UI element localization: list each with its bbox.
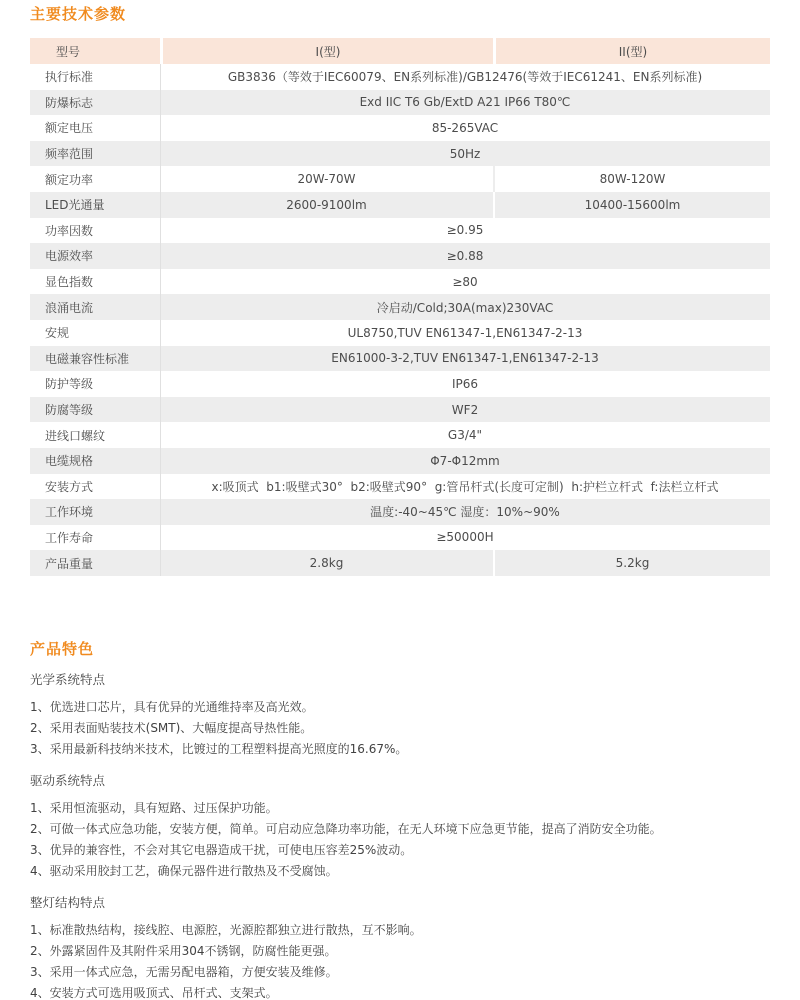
- spec-table: 型号 I(型) II(型) 执行标准GB3836（等效于IEC60079、EN系…: [30, 38, 770, 576]
- spec-row: 安装方式x:吸顶式 b1:吸壁式30° b2:吸壁式90° g:管吊杆式(长度可…: [30, 474, 770, 500]
- spec-row-value: IP66: [160, 371, 770, 397]
- feature-item: 3、优异的兼容性，不会对其它电器造成干扰，可使电压容差25%波动。: [30, 840, 770, 861]
- spec-row-label: 电磁兼容性标准: [30, 346, 160, 372]
- spec-row-label: 工作环境: [30, 499, 160, 525]
- spec-row: LED光通量2600-9100lm10400-15600lm: [30, 192, 770, 218]
- spec-row-label: 浪涌电流: [30, 294, 160, 320]
- spec-row-label: 额定功率: [30, 166, 160, 192]
- feature-item-list: 1、采用恒流驱动，具有短路、过压保护功能。2、可做一体式应急功能，安装方便，简单…: [30, 798, 770, 882]
- spec-row-value-type2: 80W-120W: [493, 166, 770, 192]
- spec-row-label: 额定电压: [30, 115, 160, 141]
- spec-row-value: ≥0.88: [160, 243, 770, 269]
- spec-row-value: G3/4": [160, 422, 770, 448]
- feature-item: 1、标准散热结构，接线腔、电源腔，光源腔都独立进行散热，互不影响。: [30, 920, 770, 941]
- spec-row-value: x:吸顶式 b1:吸壁式30° b2:吸壁式90° g:管吊杆式(长度可定制) …: [160, 474, 770, 500]
- spec-row-label: 电缆规格: [30, 448, 160, 474]
- feature-item: 1、采用恒流驱动，具有短路、过压保护功能。: [30, 798, 770, 819]
- feature-item-list: 1、优选进口芯片，具有优异的光通维持率及高光效。2、采用表面贴装技术(SMT)、…: [30, 697, 770, 760]
- spec-row: 产品重量2.8kg5.2kg: [30, 550, 770, 576]
- spec-row: 功率因数≥0.95: [30, 218, 770, 244]
- spec-row-label: LED光通量: [30, 192, 160, 218]
- section-title-main-specs: 主要技术参数: [30, 5, 770, 24]
- spec-row-value: 温度:-40~45℃ 湿度：10%~90%: [160, 499, 770, 525]
- spec-row-label: 功率因数: [30, 218, 160, 244]
- spec-row-value-type1: 20W-70W: [160, 166, 493, 192]
- spec-row: 额定功率20W-70W80W-120W: [30, 166, 770, 192]
- feature-group: 光学系统特点1、优选进口芯片，具有优异的光通维持率及高光效。2、采用表面贴装技术…: [30, 672, 770, 760]
- spec-row-value-type2: 5.2kg: [493, 550, 770, 576]
- spec-row-value: ≥0.95: [160, 218, 770, 244]
- spec-row-label: 工作寿命: [30, 525, 160, 551]
- spec-row: 电缆规格Φ7-Φ12mm: [30, 448, 770, 474]
- spec-row-value-type1: 2600-9100lm: [160, 192, 493, 218]
- spec-row: 工作寿命≥50000H: [30, 525, 770, 551]
- feature-item: 1、优选进口芯片，具有优异的光通维持率及高光效。: [30, 697, 770, 718]
- label-column-divider: [160, 64, 161, 576]
- feature-group: 驱动系统特点1、采用恒流驱动，具有短路、过压保护功能。2、可做一体式应急功能，安…: [30, 773, 770, 882]
- spec-header-type2-label: II(型): [493, 38, 770, 64]
- feature-item: 3、采用最新科技纳米技术，比镀过的工程塑料提高光照度的16.67%。: [30, 739, 770, 760]
- spec-row: 防爆标志Exd IIC T6 Gb/ExtD A21 IP66 T80℃: [30, 90, 770, 116]
- spec-row: 防护等级IP66: [30, 371, 770, 397]
- spec-row-value-type2: 10400-15600lm: [493, 192, 770, 218]
- feature-group-subtitle: 光学系统特点: [30, 672, 770, 687]
- spec-row: 频率范围50Hz: [30, 141, 770, 167]
- feature-groups: 光学系统特点1、优选进口芯片，具有优异的光通维持率及高光效。2、采用表面贴装技术…: [30, 672, 770, 1000]
- feature-group-subtitle: 整灯结构特点: [30, 895, 770, 910]
- feature-item: 2、采用表面贴装技术(SMT)、大幅度提高导热性能。: [30, 718, 770, 739]
- spec-row: 进线口螺纹G3/4": [30, 422, 770, 448]
- section-title-features: 产品特色: [30, 640, 770, 659]
- spec-row-label: 安装方式: [30, 474, 160, 500]
- feature-item: 2、可做一体式应急功能，安装方便，简单。可启动应急降功率功能，在无人环境下应急更…: [30, 819, 770, 840]
- spec-row-label: 频率范围: [30, 141, 160, 167]
- spec-row-value: Φ7-Φ12mm: [160, 448, 770, 474]
- feature-item: 3、采用一体式应急，无需另配电器箱，方便安装及维修。: [30, 962, 770, 983]
- spec-sheet-page: 主要技术参数 型号 I(型) II(型) 执行标准GB3836（等效于IEC60…: [0, 0, 800, 1000]
- spec-row: 安规UL8750,TUV EN61347-1,EN61347-2-13: [30, 320, 770, 346]
- spec-row: 浪涌电流冷启动/Cold;30A(max)230VAC: [30, 294, 770, 320]
- feature-group: 整灯结构特点1、标准散热结构，接线腔、电源腔，光源腔都独立进行散热，互不影响。2…: [30, 895, 770, 1000]
- spec-header-model-label: 型号: [30, 38, 160, 64]
- spec-row-label: 防爆标志: [30, 90, 160, 116]
- spec-row-value: Exd IIC T6 Gb/ExtD A21 IP66 T80℃: [160, 90, 770, 116]
- spec-row-label: 进线口螺纹: [30, 422, 160, 448]
- spec-row-label: 防护等级: [30, 371, 160, 397]
- spec-row-label: 产品重量: [30, 550, 160, 576]
- spec-row: 执行标准GB3836（等效于IEC60079、EN系列标准)/GB12476(等…: [30, 64, 770, 90]
- spec-row-value: ≥80: [160, 269, 770, 295]
- spec-row: 工作环境温度:-40~45℃ 湿度：10%~90%: [30, 499, 770, 525]
- spec-row-label: 显色指数: [30, 269, 160, 295]
- feature-item: 2、外露紧固件及其附件采用304不锈钢，防腐性能更强。: [30, 941, 770, 962]
- spec-row-value: 冷启动/Cold;30A(max)230VAC: [160, 294, 770, 320]
- spec-row-value: 85-265VAC: [160, 115, 770, 141]
- spec-row-label: 执行标准: [30, 64, 160, 90]
- spec-header-type1-label: I(型): [160, 38, 493, 64]
- spec-row: 额定电压85-265VAC: [30, 115, 770, 141]
- spec-row-value: GB3836（等效于IEC60079、EN系列标准)/GB12476(等效于IE…: [160, 64, 770, 90]
- spec-row-value: EN61000-3-2,TUV EN61347-1,EN61347-2-13: [160, 346, 770, 372]
- spec-row: 防腐等级WF2: [30, 397, 770, 423]
- spec-row-label: 防腐等级: [30, 397, 160, 423]
- spec-row: 电源效率≥0.88: [30, 243, 770, 269]
- spec-row-label: 电源效率: [30, 243, 160, 269]
- feature-item-list: 1、标准散热结构，接线腔、电源腔，光源腔都独立进行散热，互不影响。2、外露紧固件…: [30, 920, 770, 1000]
- spec-row: 显色指数≥80: [30, 269, 770, 295]
- feature-item: 4、驱动采用胶封工艺，确保元器件进行散热及不受腐蚀。: [30, 861, 770, 882]
- spec-row-value: 50Hz: [160, 141, 770, 167]
- spec-row: 电磁兼容性标准EN61000-3-2,TUV EN61347-1,EN61347…: [30, 346, 770, 372]
- feature-item: 4、安装方式可选用吸顶式、吊杆式、支架式。: [30, 983, 770, 1000]
- spec-rows: 执行标准GB3836（等效于IEC60079、EN系列标准)/GB12476(等…: [30, 64, 770, 576]
- spec-row-value: UL8750,TUV EN61347-1,EN61347-2-13: [160, 320, 770, 346]
- spec-row-label: 安规: [30, 320, 160, 346]
- feature-group-subtitle: 驱动系统特点: [30, 773, 770, 788]
- spec-row-value-type1: 2.8kg: [160, 550, 493, 576]
- spec-table-header-row: 型号 I(型) II(型): [30, 38, 770, 64]
- spec-row-value: ≥50000H: [160, 525, 770, 551]
- spec-row-value: WF2: [160, 397, 770, 423]
